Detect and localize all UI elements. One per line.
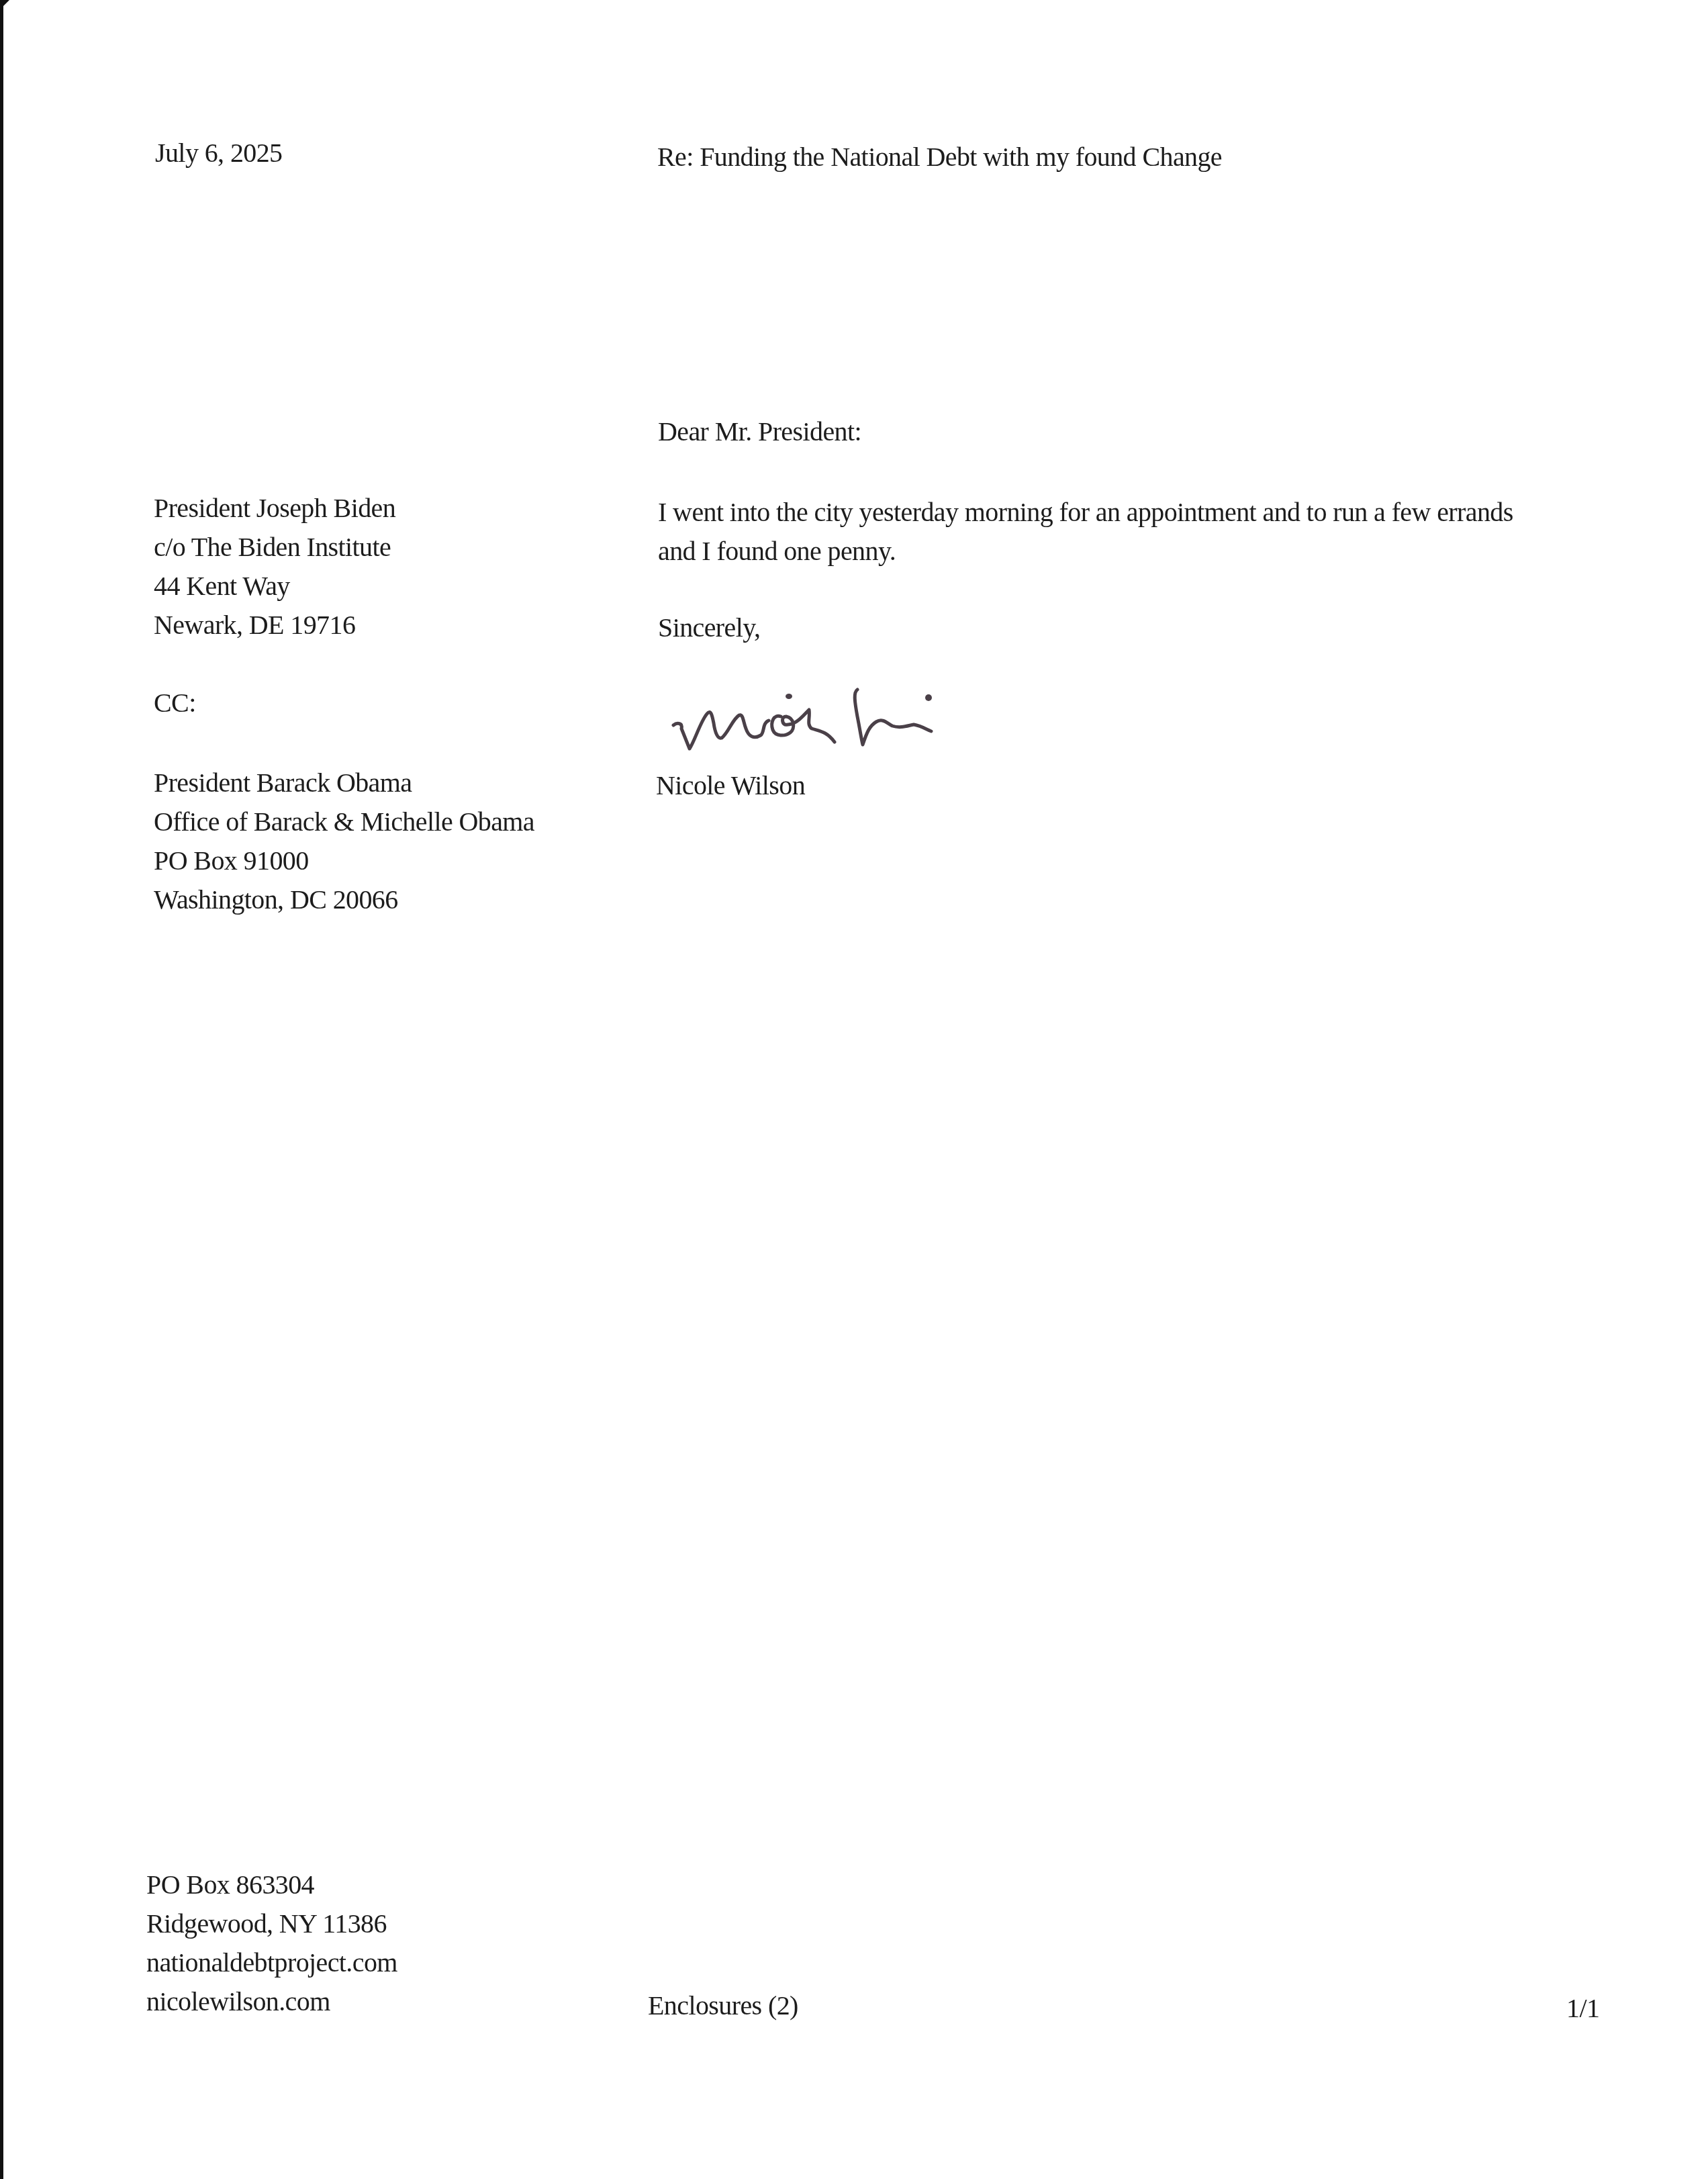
sender-website: nicolewilson.com: [146, 1982, 397, 2021]
salutation: Dear Mr. President:: [658, 412, 861, 451]
scan-corner: [0, 0, 9, 9]
cc-city: Washington, DC 20066: [154, 880, 534, 919]
body-line: I went into the city yesterday morning f…: [658, 493, 1513, 532]
page-number: 1/1: [1566, 1989, 1599, 2028]
sender-address: PO Box 863304 Ridgewood, NY 11386 nation…: [146, 1865, 397, 2021]
letter-body: I went into the city yesterday morning f…: [658, 493, 1513, 571]
recipient-city: Newark, DE 19716: [154, 606, 395, 645]
cc-label: CC:: [154, 684, 196, 723]
sender-website: nationaldebtproject.com: [146, 1943, 397, 1982]
closing: Sincerely,: [658, 608, 760, 647]
cc-address: President Barack Obama Office of Barack …: [154, 763, 534, 919]
recipient-name: President Joseph Biden: [154, 489, 395, 528]
cc-name: President Barack Obama: [154, 763, 534, 802]
recipient-address: President Joseph Biden c/o The Biden Ins…: [154, 489, 395, 645]
recipient-care-of: c/o The Biden Institute: [154, 528, 395, 567]
signer-name: Nicole Wilson: [656, 766, 805, 805]
subject-line: Re: Funding the National Debt with my fo…: [657, 138, 1222, 177]
enclosures-note: Enclosures (2): [648, 1986, 798, 2025]
scan-edge: [0, 0, 3, 2179]
recipient-street: 44 Kent Way: [154, 567, 395, 606]
cc-po-box: PO Box 91000: [154, 841, 534, 880]
sender-city: Ridgewood, NY 11386: [146, 1904, 397, 1943]
sender-po-box: PO Box 863304: [146, 1865, 397, 1904]
cc-office: Office of Barack & Michelle Obama: [154, 802, 534, 841]
signature-icon: [668, 675, 950, 752]
body-line: and I found one penny.: [658, 532, 1513, 571]
letter-date: July 6, 2025: [155, 134, 282, 173]
